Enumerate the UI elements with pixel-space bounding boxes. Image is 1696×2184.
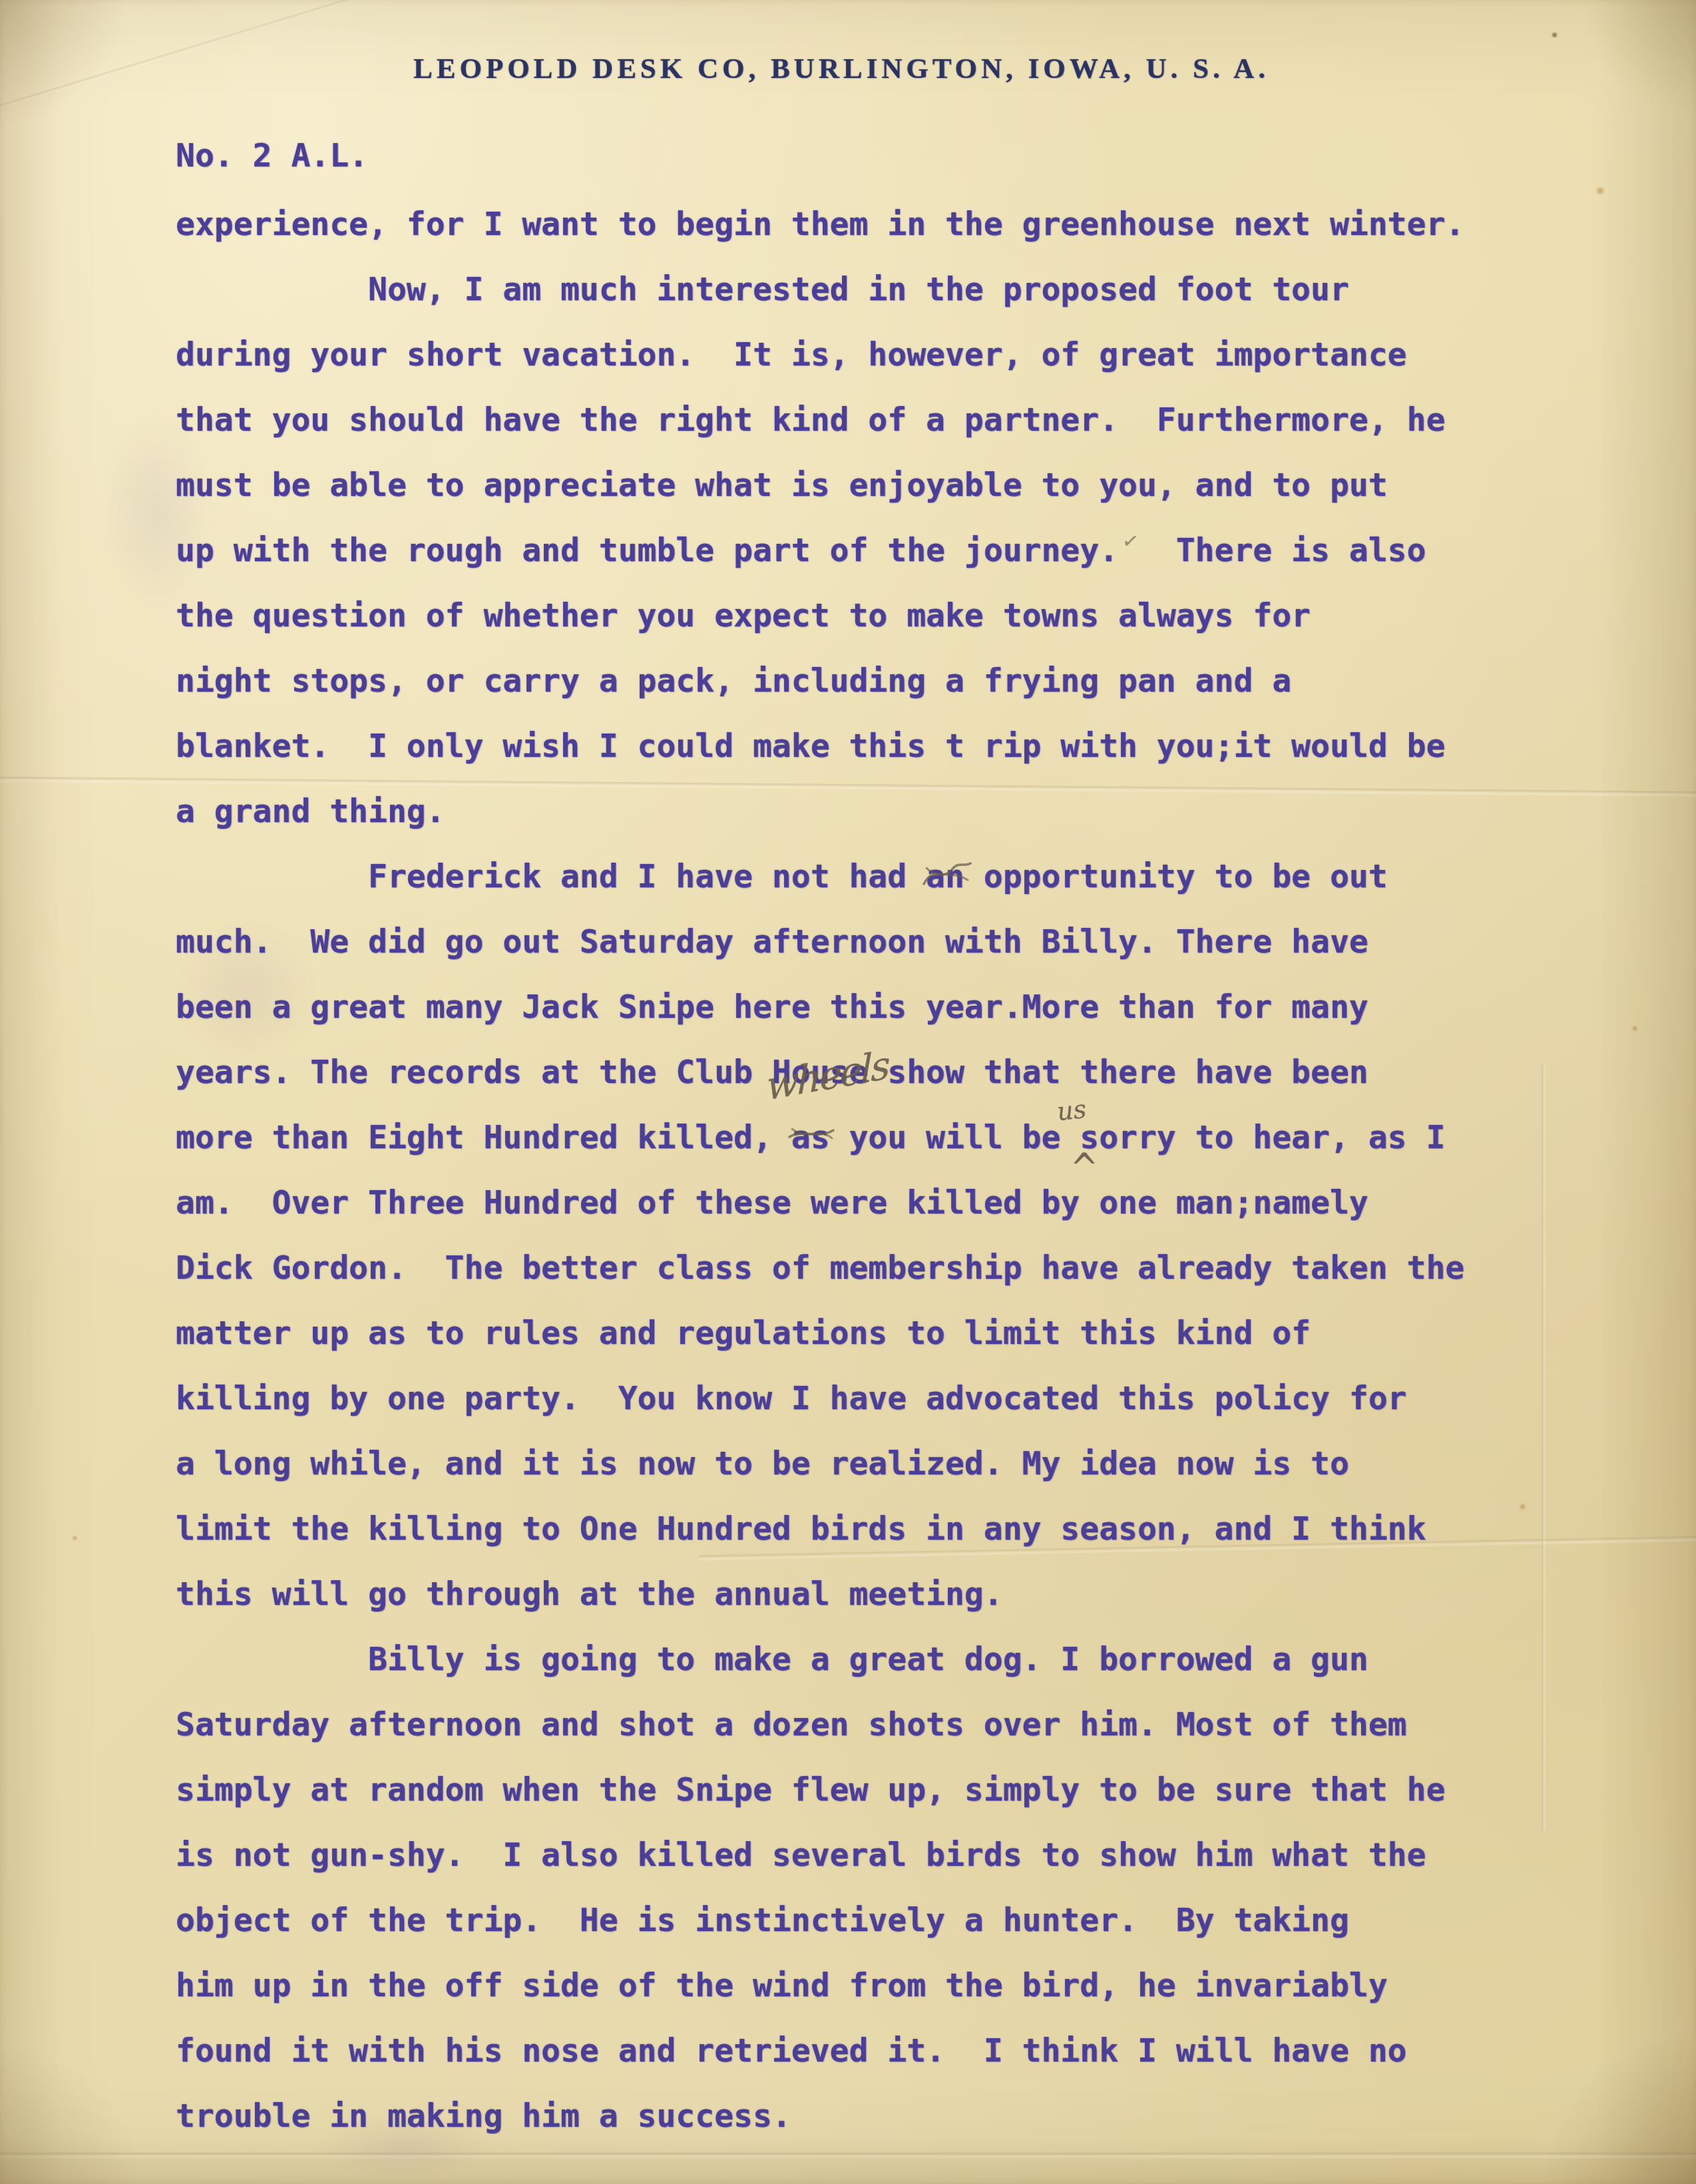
doc-number: No. 2 A.L. [176, 136, 368, 175]
paragraph-jack-snipe: Frederick and I have not had an opportun… [176, 844, 1607, 1627]
paragraph-foot-tour: Now, I am much interested in the propose… [176, 257, 1607, 844]
foxing-stain [1631, 1025, 1639, 1032]
letter-page: LEOPOLD DESK CO, BURLINGTON, IOWA, U. S.… [0, 0, 1696, 2184]
paragraph-billy-dog: Billy is going to make a great dog. I bo… [176, 1627, 1607, 2149]
letter-body: experience, for I want to begin them in … [176, 192, 1607, 2149]
foxing-stain [72, 1535, 78, 1541]
letterhead-company-name: LEOPOLD DESK CO, BURLINGTON, IOWA, U. S.… [0, 52, 1683, 87]
foxing-stain [1551, 32, 1558, 38]
paper-crease [0, 2153, 1696, 2159]
paragraph-continuation: experience, for I want to begin them in … [176, 192, 1607, 257]
